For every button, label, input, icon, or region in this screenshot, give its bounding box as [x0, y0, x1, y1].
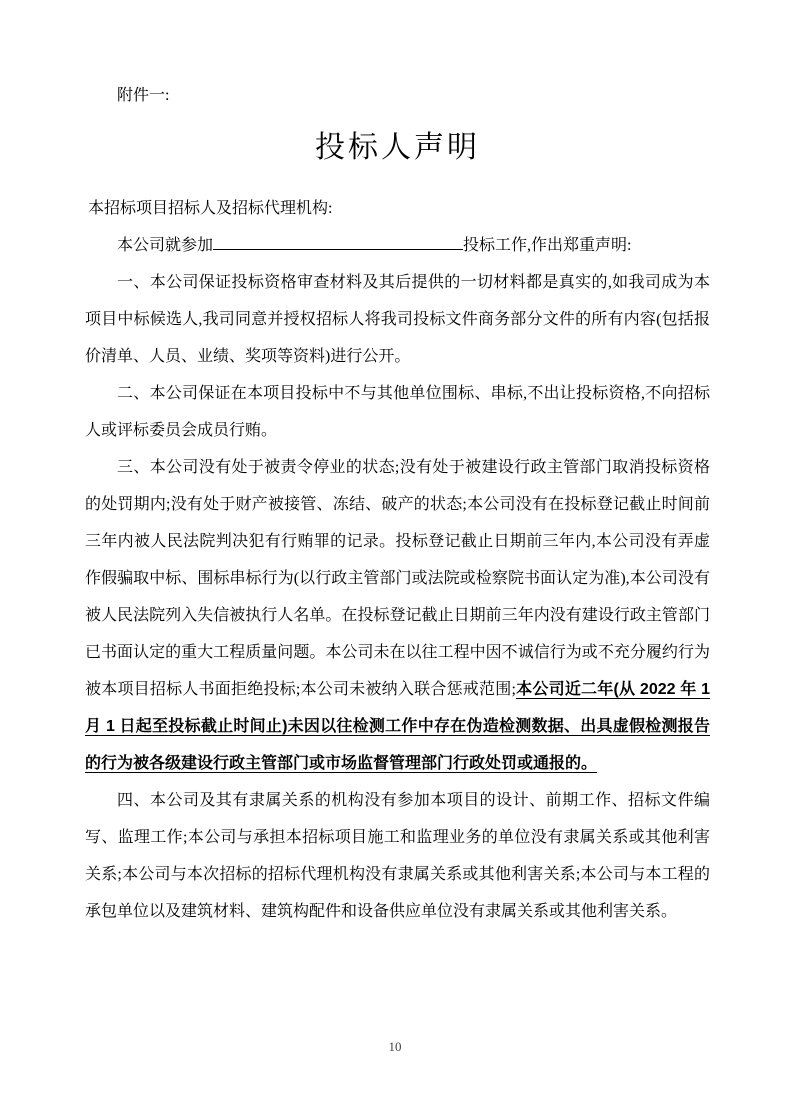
- page-number: 10: [0, 1038, 790, 1056]
- paragraph-2: 二、本公司保证在本项目投标中不与其他单位围标、串标,不出让投标资格,不向招标人或…: [85, 375, 710, 449]
- document-title: 投标人声明: [85, 126, 710, 170]
- addressee-line: 本招标项目招标人及招标代理机构:: [85, 190, 710, 227]
- fill-in-blank-line: [213, 233, 463, 250]
- intro-suffix: 投标工作,作出郑重声明:: [463, 237, 631, 254]
- document-content: 附件一: 投标人声明 本招标项目招标人及招标代理机构: 本公司就参加投标工作,作…: [0, 0, 790, 930]
- paragraph-1: 一、本公司保证投标资格审查材料及其后提供的一切材料都是真实的,如我司成为本项目中…: [85, 264, 710, 375]
- document-page: 附件一: 投标人声明 本招标项目招标人及招标代理机构: 本公司就参加投标工作,作…: [0, 0, 790, 1119]
- paragraph-3-normal-text: 三、本公司没有处于被责令停业的状态;没有处于被建设行政主管部门取消投标资格的处罚…: [85, 459, 710, 698]
- paragraph-4: 四、本公司及其有隶属关系的机构没有参加本项目的设计、前期工作、招标文件编写、监理…: [85, 782, 710, 930]
- intro-line: 本公司就参加投标工作,作出郑重声明:: [85, 227, 710, 264]
- paragraph-3: 三、本公司没有处于被责令停业的状态;没有处于被建设行政主管部门取消投标资格的处罚…: [85, 449, 710, 782]
- attachment-label: 附件一:: [85, 84, 710, 108]
- intro-prefix: 本公司就参加: [117, 237, 213, 254]
